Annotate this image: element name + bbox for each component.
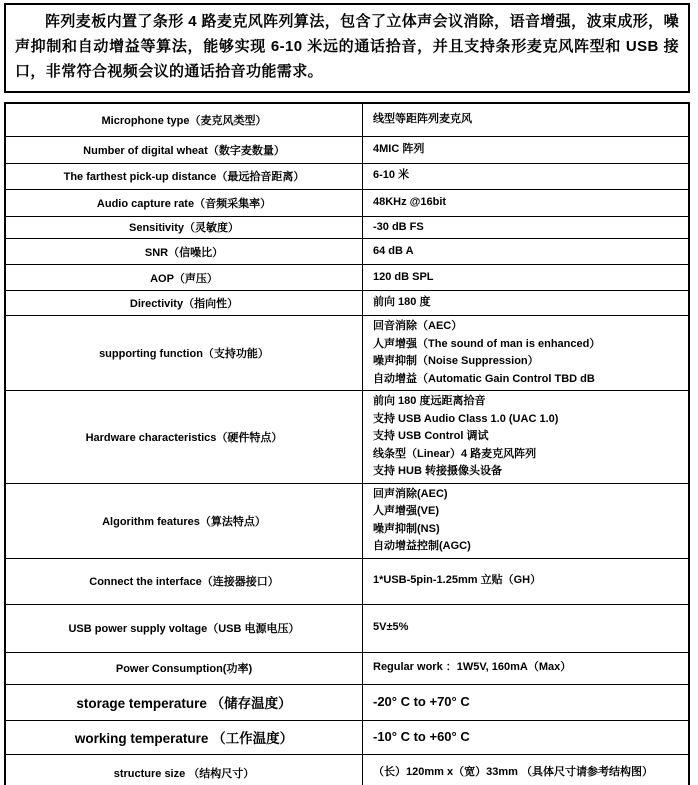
spec-label: SNR（信噪比） (5, 239, 363, 265)
spec-table-row: Connect the interface（连接器接口） 1*USB-5pin-… (5, 558, 689, 604)
spec-label: Sensitivity（灵敏度） (5, 216, 363, 239)
spec-value-line: 线条型（Linear）4 路麦克风阵列 (373, 446, 684, 464)
spec-value-line: 人声增强(VE) (373, 503, 684, 521)
spec-value-line: 4MIC 阵列 (373, 141, 684, 159)
spec-value-line: 噪声抑制（Noise Suppression） (373, 353, 684, 371)
spec-label: structure size （结构尺寸） (5, 754, 363, 785)
spec-label: Microphone type（麦克风类型） (5, 103, 363, 136)
spec-value-line: 线型等距阵列麦克风 (373, 111, 684, 129)
spec-value: -30 dB FS (363, 216, 690, 239)
spec-value-line: 5V±5% (373, 619, 684, 637)
spec-table-row: Microphone type（麦克风类型） 线型等距阵列麦克风 (5, 103, 689, 136)
spec-value-line: 前向 180 度 (373, 294, 684, 312)
spec-value-line: Regular work ：1W5V, 160mA（Max） (373, 659, 684, 677)
spec-value-line: 回声消除(AEC) (373, 486, 684, 504)
spec-table-rows: Microphone type（麦克风类型） 线型等距阵列麦克风 Number … (5, 103, 689, 785)
spec-value: 1*USB-5pin-1.25mm 立贴（GH） (363, 558, 690, 604)
spec-table-row: working temperature （工作温度） -10° C to +60… (5, 720, 689, 754)
spec-table-row: USB power supply voltage（USB 电源电压） 5V±5% (5, 604, 689, 652)
spec-value-line: 48KHz @16bit (373, 194, 684, 212)
spec-value-line: 支持 USB Control 调试 (373, 428, 684, 446)
spec-value: 120 dB SPL (363, 265, 690, 291)
spec-value: 6-10 米 (363, 163, 690, 189)
spec-label: Algorithm features（算法特点） (5, 483, 363, 558)
spec-label: Hardware characteristics（硬件特点） (5, 391, 363, 484)
spec-label: Directivity（指向性） (5, 291, 363, 316)
spec-label: AOP（声压） (5, 265, 363, 291)
spec-value-line: -20° C to +70° C (373, 693, 684, 711)
spec-value-line: 支持 USB Audio Class 1.0 (UAC 1.0) (373, 411, 684, 429)
spec-value: （长）120mm x（宽）33mm （具体尺寸请参考结构图） (363, 754, 690, 785)
spec-value-line: 前向 180 度远距离拾音 (373, 393, 684, 411)
spec-value-line: 1*USB-5pin-1.25mm 立贴（GH） (373, 572, 684, 590)
spec-value: 4MIC 阵列 (363, 136, 690, 163)
spec-value-line: 噪声抑制(NS) (373, 521, 684, 539)
spec-label: storage temperature （储存温度） (5, 684, 363, 720)
spec-table-row: AOP（声压） 120 dB SPL (5, 265, 689, 291)
spec-value-line: 64 dB A (373, 243, 684, 261)
spec-table-row: supporting function（支持功能） 回音消除（AEC）人声增强（… (5, 316, 689, 391)
spec-value: 线型等距阵列麦克风 (363, 103, 690, 136)
spec-value-line: 支持 HUB 转接摄像头设备 (373, 463, 684, 481)
spec-value: 回音消除（AEC）人声增强（The sound of man is enhanc… (363, 316, 690, 391)
spec-label: The farthest pick-up distance（最远拾音距离） (5, 163, 363, 189)
spec-table: Microphone type（麦克风类型） 线型等距阵列麦克风 Number … (4, 102, 690, 785)
spec-value: 前向 180 度远距离拾音支持 USB Audio Class 1.0 (UAC… (363, 391, 690, 484)
spec-value-line: 自动增益（Automatic Gain Control TBD dB (373, 371, 684, 389)
spec-table-row: Directivity（指向性） 前向 180 度 (5, 291, 689, 316)
intro-paragraph: 阵列麦板内置了条形 4 路麦克风阵列算法，包含了立体声会议消除，语音增强，波束成… (4, 3, 690, 93)
spec-value-line: 人声增强（The sound of man is enhanced） (373, 336, 684, 354)
document-page: 阵列麦板内置了条形 4 路麦克风阵列算法，包含了立体声会议消除，语音增强，波束成… (0, 0, 698, 785)
spec-label: Audio capture rate（音频采集率） (5, 189, 363, 216)
spec-table-row: structure size （结构尺寸） （长）120mm x（宽）33mm … (5, 754, 689, 785)
spec-label: supporting function（支持功能） (5, 316, 363, 391)
spec-value: 前向 180 度 (363, 291, 690, 316)
spec-label: USB power supply voltage（USB 电源电压） (5, 604, 363, 652)
spec-table-row: SNR（信噪比） 64 dB A (5, 239, 689, 265)
spec-table-row: Sensitivity（灵敏度） -30 dB FS (5, 216, 689, 239)
spec-value-line: 自动增益控制(AGC) (373, 538, 684, 556)
spec-value: 回声消除(AEC)人声增强(VE)噪声抑制(NS)自动增益控制(AGC) (363, 483, 690, 558)
spec-table-row: Power Consumption(功率) Regular work ：1W5V… (5, 652, 689, 684)
spec-table-row: Number of digital wheat（数字麦数量） 4MIC 阵列 (5, 136, 689, 163)
spec-value-line: -10° C to +60° C (373, 728, 684, 746)
spec-table-row: Algorithm features（算法特点） 回声消除(AEC)人声增强(V… (5, 483, 689, 558)
spec-value: Regular work ：1W5V, 160mA（Max） (363, 652, 690, 684)
spec-value-line: 6-10 米 (373, 167, 684, 185)
spec-value-line: -30 dB FS (373, 219, 684, 237)
spec-table-row: Audio capture rate（音频采集率） 48KHz @16bit (5, 189, 689, 216)
spec-label: Connect the interface（连接器接口） (5, 558, 363, 604)
spec-value-line: 120 dB SPL (373, 269, 684, 287)
spec-label: working temperature （工作温度） (5, 720, 363, 754)
spec-value-line: 回音消除（AEC） (373, 318, 684, 336)
spec-label: Power Consumption(功率) (5, 652, 363, 684)
spec-value-line: （长）120mm x（宽）33mm （具体尺寸请参考结构图） (373, 764, 684, 782)
spec-value: -10° C to +60° C (363, 720, 690, 754)
spec-table-row: storage temperature （储存温度） -20° C to +70… (5, 684, 689, 720)
spec-value: 64 dB A (363, 239, 690, 265)
spec-label: Number of digital wheat（数字麦数量） (5, 136, 363, 163)
spec-value: 5V±5% (363, 604, 690, 652)
spec-value: 48KHz @16bit (363, 189, 690, 216)
spec-table-row: Hardware characteristics（硬件特点） 前向 180 度远… (5, 391, 689, 484)
spec-value: -20° C to +70° C (363, 684, 690, 720)
spec-table-row: The farthest pick-up distance（最远拾音距离） 6-… (5, 163, 689, 189)
